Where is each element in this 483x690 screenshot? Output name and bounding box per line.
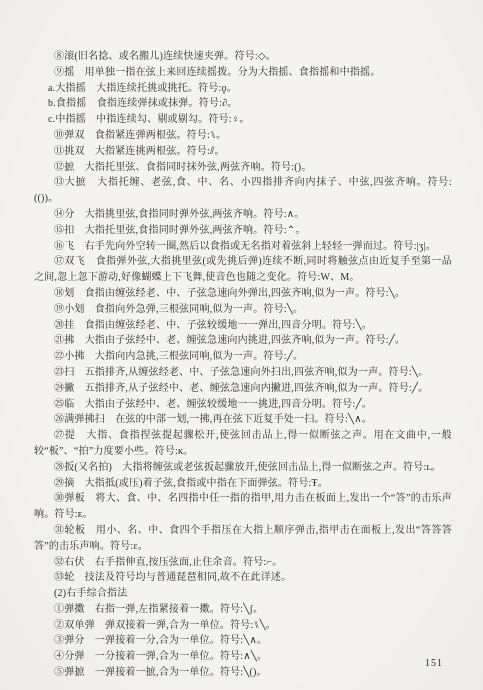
paragraph-line: ㉗提 大指、食指捏弦提起骤松开,使弦回击品上,得一似断弦之声。用在文曲中,一般较… [34,428,452,460]
paragraph-line: ⑭分 大指挑里弦,食指同时弹外弦,两弦齐响。符号:∧。 [34,207,452,223]
paragraph-line: ①弹擞 右指一弹,左指紧接着一擞。符号:╲ʃ。 [34,602,452,618]
paragraph-line: c.中指摇 中指连续勾、剔或剔勾。符号:♀。 [34,112,452,128]
book-page: ⑧滚(旧名捻、或名搬儿)连续快速夹弹。符号:◇。⑨摇 用单独一指在弦上来回连续摇… [0,0,483,690]
paragraph-line: ㉝轮 技法及符号均与普通琵琶相同,故不在此详述。 [34,570,452,586]
paragraph-line: ⑩弹双 食指紧连弹两根弦。符号:⑊。 [34,128,452,144]
paragraph-line: ㉙摘 大指抵(或压)着子弦,食指或中指在下面弹弦。符号:Ŧ。 [34,476,452,492]
paragraph-line: ⑰双飞 食指弹外弦,大指挑里弦(或先挑后弹)连续不断,同时将触弦点由近复手至第一… [34,254,452,286]
paragraph-line: a.大指摇 大指连续托挑或挑托。符号:ϙ。 [34,81,452,97]
paragraph-line: ⑳挂 食指由缠弦经老、中、子弦较缓地一一弹出,四音分明。符号:╲。 [34,318,452,334]
paragraph-line: ③弹分 一弹接着一分,合为一单位。符号:╲∧。 [34,633,452,649]
paragraph-line: ㉕临 大指由子弦经中、老、缠弦较缓地一一挑进,四音分明。符号:╱。 [34,397,452,413]
paragraph-line: ㉘扳(又名拍) 大指将缠弦或老弦扳起骤放开,使弦回击品上,得一似断弦之声。符号:… [34,460,452,476]
paragraph-line: ㉖满弹拂扫 在弦的中部一划,一拂,再在弦下近复手处一扫。符号:╲∧。 [34,412,452,428]
paragraph-line: ⑤弹摭 一弹接着一摭,合为一单位。符号:╲()。 [34,665,452,681]
paragraph-line: ⑬大摭 大指托缠、老弦,食、中、名、小四指排齐向内抹子、中弦,四弦齐响。符号:(… [34,175,452,207]
paragraph-line: ㉑拂 大指由子弦经中、老、缠弦急速向内挑进,四弦齐响,似为一声。符号:╱。 [34,333,452,349]
paragraph-line: ㉒小拂 大指向内急挑,三根弦同响,似为一声。符号:╱。 [34,349,452,365]
paragraph-line: ㉛轮板 用小、名、中、食四个手指压在大指上顺序弹击,指甲击在面板上,发出“答答答… [34,523,452,555]
paragraph-line: b.食指摇 食指连续弹抹或抹弹。符号:∂。 [34,96,452,112]
paragraph-line: (2)右手综合指法 [34,586,452,602]
paragraph-line: ⑨摇 用单独一指在弦上来回连续摇拨。分为大指摇、食指摇和中指摇。 [34,65,452,81]
paragraph-line: ⑫摭 大指托里弦、食指同时抹外弦,两弦齐响。符号:()。 [34,160,452,176]
paragraph-line: ㉔撇 五指排齐,从子弦经中、老、缠弦急速向内撇进,四弦齐响,似为一声。符号:╱。 [34,381,452,397]
paragraph-line: ㉜右伏 右手指伸直,按压弦面,止住余音。符号:⌐。 [34,555,452,571]
paragraph-line: ②双单弹 弹双接着一弹,合为一单位。符号:⑊╲。 [34,618,452,634]
paragraph-line: ㉓扫 五指排齐,从缠弦经老、中、子弦急速向外扫出,四弦齐响,似为一声。符号:╲。 [34,365,452,381]
paragraph-line: ⑮扣 大指托里弦,食指同时弹外弦,两弦齐响。符号:⌃。 [34,223,452,239]
paragraph-line: ⑧滚(旧名捻、或名搬儿)连续快速夹弹。符号:◇。 [34,49,452,65]
page-number: 151 [425,658,443,669]
text-block: ⑧滚(旧名捻、或名搬儿)连续快速夹弹。符号:◇。⑨摇 用单独一指在弦上来回连续摇… [34,49,452,681]
paragraph-line: ⑪挑双 大指紧连挑两根弦。符号:⫽。 [34,144,452,160]
paragraph-line: ⑲小划 食指向外急弹,三根弦同响,似为一声。符号:╲。 [34,302,452,318]
paragraph-line: ⑱划 食指由缠弦经老、中、子弦急速向外弹出,四弦齐响,似为一声。符号:╲。 [34,286,452,302]
paragraph-line: ④分弹 一分接着一弹,合为一单位。符号:∧╲。 [34,649,452,665]
paragraph-line: ⑯飞 右手先向外空转一圈,然后以食指或无名指对着弦斜上轻轻一弹而过。符号:|ʒ|… [34,239,452,255]
paragraph-line: ㉚弹板 将大、食、中、名四指中任一指的指甲,用力击在板面上,发出一个“答”的击乐… [34,491,452,523]
